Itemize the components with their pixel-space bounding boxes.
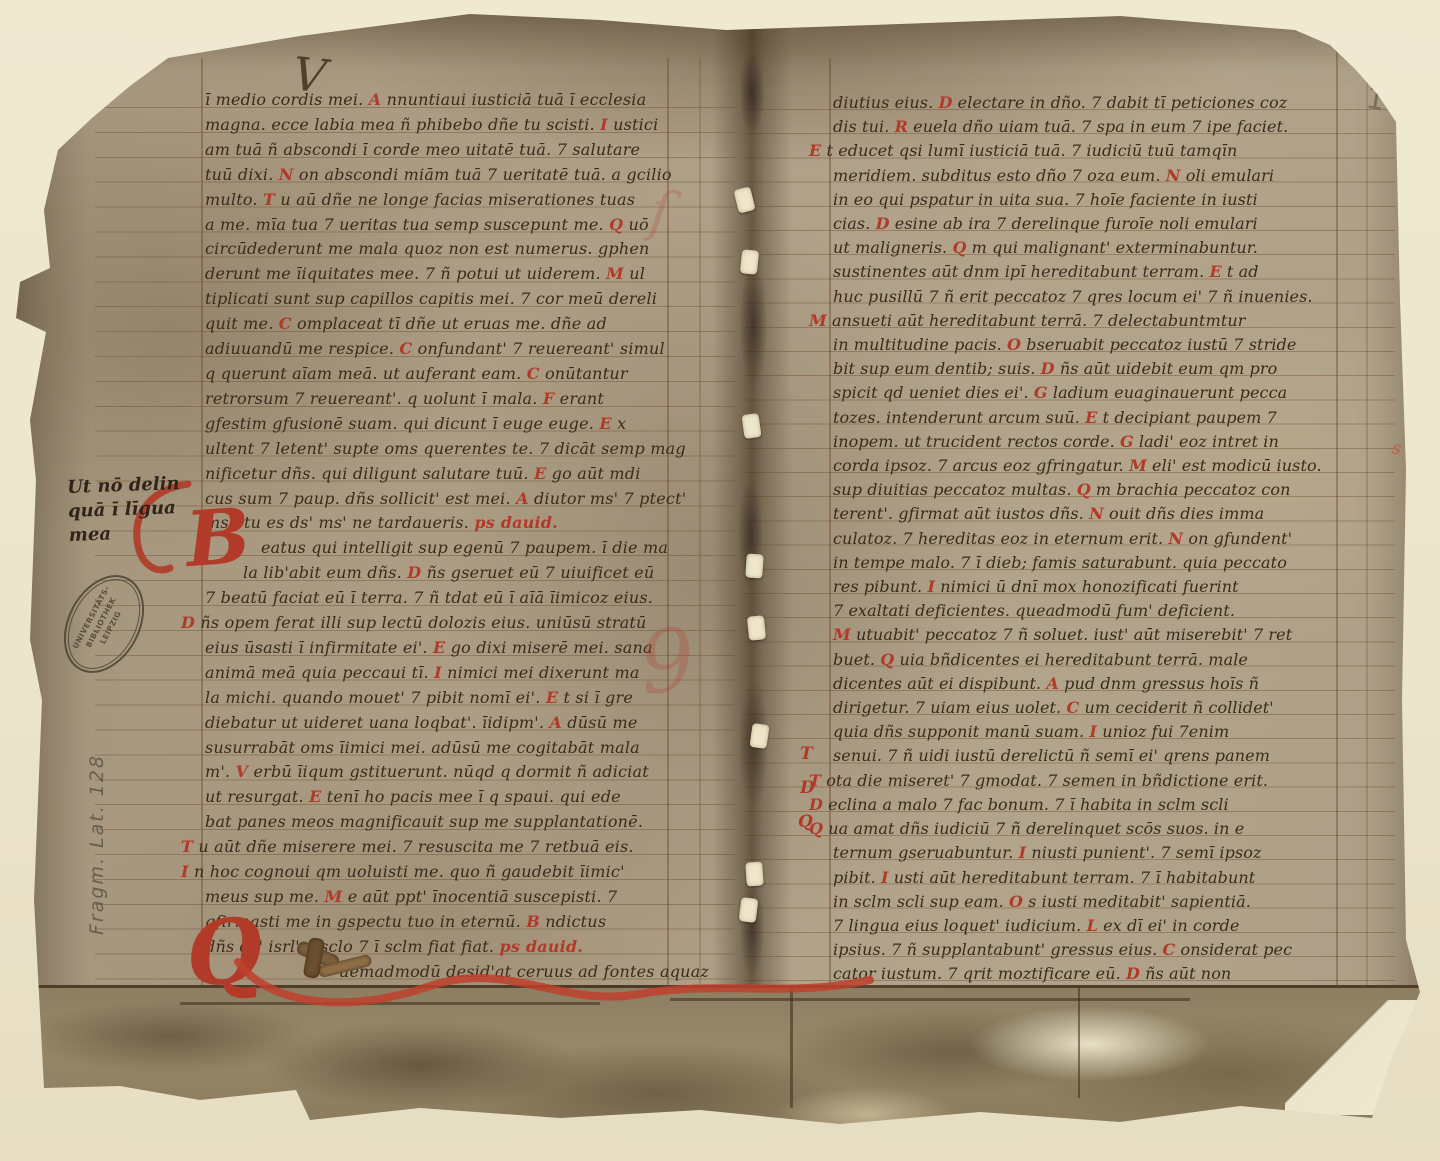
text-line: gfirmasti me in gspectu tuo in eternū. B… [205,910,709,935]
text-line: M utuabit' peccatoz 7 ñ soluet. iust' aū… [833,623,1322,647]
line-text: ouit dñs dies imma [1104,504,1265,523]
line-text: uia bñdicentes ei hereditabunt terrā. ma… [894,650,1248,669]
line-text: adiuuandū me respice. [205,339,399,358]
text-line: tuū dixi. N on abscondi miām tuā 7 uerit… [205,163,709,188]
line-text: 7 beatū faciat eū ī terra. 7 ñ tdat eū ī… [205,588,653,607]
line-text: s iusti meditabit' sapientiā. [1023,892,1251,911]
rubric-initial: C [527,364,540,383]
rubric-initial: N [1166,166,1181,185]
rubric-initial: L [1087,916,1098,935]
rubric-initial: C [279,314,292,333]
text-line: diebatur ut uideret uana loqbat'. īidipm… [205,711,709,736]
line-text: erbū īiqum gstituerunt. nūqd q dormit ñ … [248,762,649,781]
line-text: dūsū me [562,713,637,732]
line-text: omplaceat tī dñe ut eruas me. dñe ad [292,314,607,333]
rubric-initial: A [549,713,562,732]
text-line: ipsius. 7 ñ supplantabunt' gressus eius.… [833,938,1322,962]
line-text: eli' est modicū iusto. [1147,456,1322,475]
line-text: huc pusillū 7 ñ erit peccatoz 7 qres loc… [833,287,1313,306]
line-text: tiplicati sunt sup capillos capitis mei.… [205,289,657,308]
text-line: ī medio cordis mei. A nnuntiaui iusticiā… [205,88,709,113]
text-line: multo. T u aū dñe ne longe facias misera… [205,188,709,213]
text-line: cator iustum. 7 qrit moztificare eū. D ñ… [833,962,1322,986]
rubric-initial: F [543,389,555,408]
margin-gloss-line: mea [68,520,181,548]
rubric-initial: A [516,489,529,508]
text-line: tiplicati sunt sup capillos capitis mei.… [205,287,709,312]
line-text: inopem. ut trucident rectos corde. [833,432,1120,451]
rubric-initial: E [1209,262,1221,281]
rubric-initial: N [1168,529,1183,548]
rubric-initial: M [325,887,343,906]
rubric-initial: B [526,912,540,931]
line-text: animā meā quia peccaui tī. [205,663,434,682]
text-line: la michi. quando mouet' 7 pibit nomī ei'… [205,686,709,711]
line-text: nnuntiaui iusticiā tuā ī ecclesia [381,90,646,109]
sewing-tab [749,723,769,749]
text-line: D ñs opem ferat illi sup lectū dolozis e… [205,611,709,636]
text-line: meus sup me. M e aūt ppt' īnocentiā susc… [205,885,709,910]
text-line: tozes. intenderunt arcum suū. E t decipi… [833,406,1322,430]
line-text: ñs opem ferat illi sup lectū dolozis eiu… [195,613,647,632]
text-line: buet. Q uia bñdicentes ei hereditabunt t… [833,648,1322,672]
rubric-initial: N [1089,504,1104,523]
line-text: oli emulari [1181,166,1275,185]
line-text: ut maligneris. [833,238,952,257]
shelfmark-inscription: Fragm. Lat. 128 [86,754,108,935]
parchment-bifolium: ī medio cordis mei. A nnuntiaui iusticiā… [0,0,1440,1161]
text-line: meridiem. subditus esto dño 7 oza eum. N… [833,164,1322,188]
rubric-initial: Q [952,238,966,257]
text-line: sup diuitias peccatoz multas. Q m brachi… [833,478,1322,502]
right-page-text: diutius eius. D electare in dño. 7 dabit… [833,91,1322,987]
line-text: dirigetur. 7 uiam eius uolet. [833,698,1066,717]
margin-gloss-line: quā ī līgua [68,496,181,524]
rubric-initial: M [833,625,851,644]
rubric-initial: E [599,414,611,433]
line-text: ñs aūt non [1140,964,1231,983]
rubric-initial: Q [880,650,894,669]
rubric-initial: E [309,787,321,806]
line-text: corda ipsoz. 7 arcus eoz gfringatur. [833,456,1129,475]
text-line: ternum gseruabuntur. I niusti punient'. … [833,841,1322,865]
text-line: ut maligneris. Q m qui malignant' exterm… [833,236,1322,260]
text-line: 7 exaltati deficientes. queadmodū fum' d… [833,599,1322,623]
text-line: corda ipsoz. 7 arcus eoz gfringatur. M e… [833,454,1322,478]
text-line: pibit. I usti aūt hereditabunt terram. 7… [833,866,1322,890]
text-line: inopem. ut trucident rectos corde. G lad… [833,430,1322,454]
rubric-initial: I [600,115,608,134]
text-line: in multitudine pacis. O bseruabit peccat… [833,333,1322,357]
line-text: diutor ms' 7 ptect' [529,489,687,508]
text-line: in eo qui pspatur in uita sua. 7 hoīe fa… [833,188,1322,212]
line-text: electare in dño. 7 dabit tī peticiones c… [952,93,1287,112]
text-line: dicentes aūt ei dispibunt. A pud dnm gre… [833,672,1322,696]
text-line: cus sum 7 paup. dñs sollicit' est mei. A… [205,487,709,512]
text-line: huc pusillū 7 ñ erit peccatoz 7 qres loc… [833,285,1322,309]
rubric-initial: Q [609,215,623,234]
ascender-flourish: V [290,46,329,103]
line-text: x [612,414,627,433]
text-line: senui. 7 ñ uidi iustū derelictū ñ semī e… [833,744,1322,768]
line-text: ota die miseret' 7 gmodat. 7 semen in bñ… [821,771,1268,790]
rubric-initial: C [399,339,412,358]
text-line: eius ūsasti ī infirmitate ei'. E go dixi… [205,636,709,661]
text-line: I n hoc cognoui qm uoluisti me. quo ñ ga… [205,860,709,885]
text-line: res pibunt. I nimici ū dnī mox honozific… [833,575,1322,599]
line-text: 7 exaltati deficientes. queadmodū fum' d… [833,601,1235,620]
line-text: retrorsum 7 reuereant'. q uolunt ī mala. [205,389,543,408]
text-line: quia dñs supponit manū suam. I unioz fui… [833,720,1322,744]
line-text: spicit qd ueniet dies ei'. [833,383,1034,402]
line-text: derunt me īiquitates mee. 7 ñ potui ut u… [205,264,606,283]
line-text: tenī ho pacis mee ī q spaui. qui ede [322,787,621,806]
line-text: usti aūt hereditabunt terram. 7 ī habita… [889,868,1256,887]
line-text: eius ūsasti ī infirmitate ei'. [205,638,433,657]
text-line: am tuā ñ abscondi ī corde meo uitatē tuā… [205,138,709,163]
line-text: onsiderat pec [1175,940,1292,959]
text-line: D eclina a malo 7 fac bonum. 7 ī habita … [833,793,1322,817]
line-text: dicentes aūt ei dispibunt. [833,674,1046,693]
text-line: adiuuandū me respice. C onfundant' 7 reu… [205,337,709,362]
text-line: in tempe malo. 7 ī dieb; famis saturabun… [833,551,1322,575]
rubric-initial: R [895,117,908,136]
line-text: in multitudine pacis. [833,335,1007,354]
line-text: t educet qsi lumī iusticiā tuā. 7 iudici… [821,141,1237,160]
line-text: magna. ecce labia mea ñ phibebo dñe tu s… [205,115,600,134]
rubric-initial: I [434,663,442,682]
rubric-initial: D [1126,964,1140,983]
rubric-initial: Q [1077,480,1091,499]
margin-initial-Q: Q [798,806,813,838]
rubric-initial: A [1046,674,1059,693]
line-text: ndictus [540,912,606,931]
sewing-tab [741,413,761,439]
line-text: m'. [205,762,236,781]
text-line: a me. mīa tua 7 ueritas tua semp suscepu… [205,213,709,238]
line-text: t ad [1222,262,1259,281]
line-text: u aū dñe ne longe facias miserationes tu… [275,190,635,209]
line-text: bat panes meos magnificauit sup me suppl… [205,812,643,831]
line-text: multo. [205,190,263,209]
vertical-rule [1336,40,1338,988]
line-text: ī medio cordis mei. [205,90,369,109]
rubric-initial: I [181,862,189,881]
rubric-initial: A [369,90,382,109]
line-text: diebatur ut uideret uana loqbat'. īidipm… [205,713,549,732]
line-text: uō [623,215,649,234]
text-line: ms'. tu es ds' ms' ne tardaueris. ps dau… [205,511,709,536]
line-text: pibit. [833,868,881,887]
line-text: quit me. [205,314,279,333]
text-line: Q ua amat dñs iudiciū 7 ñ derelinquet sc… [833,817,1322,841]
rubric-initial: E [534,464,546,483]
line-text: a me. mīa tua 7 ueritas tua semp suscepu… [205,215,609,234]
text-line: gfestim gfusionē suam. qui dicunt ī euge… [205,412,709,437]
margin-initial-D: D [800,772,815,804]
rubric-initial: ps dauid. [474,513,558,532]
line-text: m qui malignant' exterminabuntur. [966,238,1257,257]
rubric-initial: E [546,688,558,707]
vertical-rule [829,58,831,988]
line-text: cias. [833,214,876,233]
line-text: ua amat dñs iudiciū 7 ñ derelinquet scōs… [823,819,1244,838]
stain-streak [1078,988,1080,1098]
rubric-initial: G [1120,432,1134,451]
text-line: 7 beatū faciat eū ī terra. 7 ñ tdat eū ī… [205,586,709,611]
line-text: tozes. intenderunt arcum suū. [833,408,1085,427]
line-text: terent'. gfirmat aūt iustos dñs. [833,504,1089,523]
left-page-text: ī medio cordis mei. A nnuntiaui iusticiā… [205,88,709,985]
line-text: la lib'abit eum dñs. [243,563,407,582]
photograph-of-manuscript: ī medio cordis mei. A nnuntiaui iusticiā… [0,0,1440,1161]
text-line: T u aūt dñe miserere mei. 7 resuscita me… [205,835,709,860]
text-line: q querunt aīam meā. ut auferant eam. C o… [205,362,709,387]
line-text: buet. [833,650,880,669]
rubric-initial: E [433,638,445,657]
text-line: magna. ecce labia mea ñ phibebo dñe tu s… [205,113,709,138]
text-line: ultent 7 letent' supte oms querentes te.… [205,437,709,462]
text-line: bit sup eum dentib; suis. D ñs aūt uideb… [833,357,1322,381]
line-text: ñs aūt uidebit eum qm pro [1055,359,1278,378]
text-line: bat panes meos magnificauit sup me suppl… [205,810,709,835]
text-line: dirigetur. 7 uiam eius uolet. C um cecid… [833,696,1322,720]
line-text: eclina a malo 7 fac bonum. 7 ī habita in… [823,795,1229,814]
line-text: quia dñs supponit manū suam. [833,722,1089,741]
line-text: in tempe malo. 7 ī dieb; famis saturabun… [833,553,1287,572]
line-text: niusti punient'. 7 semī ipsoz [1026,843,1261,862]
text-line: spicit qd ueniet dies ei'. G ladium euag… [833,381,1322,405]
line-text: ex dī ei' in corde [1098,916,1240,935]
line-text: ultent 7 letent' supte oms querentes te.… [205,439,686,458]
text-line: nificetur dñs. qui diligunt salutare tuū… [205,462,709,487]
margin-gloss: Ut nō delin quā ī līgua mea [67,472,182,548]
line-text: on abscondi miām tuā 7 ueritatē tuā. a g… [294,165,672,184]
text-line: ut resurgat. E tenī ho pacis mee ī q spa… [205,785,709,810]
line-text: ul [624,264,645,283]
margin-initial-T: T [800,738,813,770]
rubric-initial: D [939,93,953,112]
line-text: m brachia peccatoz con [1091,480,1291,499]
line-text: t si ī gre [558,688,633,707]
line-text: n hoc cognoui qm uoluisti me. quo ñ gaud… [189,862,625,881]
rubric-initial: M [606,264,624,283]
line-text: unioz fui 7enim [1097,722,1229,741]
sewing-tab [745,553,764,578]
line-text: in eo qui pspatur in uita sua. 7 hoīe fa… [833,190,1258,209]
line-text: on gfundent' [1183,529,1292,548]
sewing-tab [747,615,766,641]
line-text: ladi' eoz intret in [1134,432,1279,451]
line-text: culatoz. 7 hereditas eoz in eternum erit… [833,529,1168,548]
line-text: u aūt dñe miserere mei. 7 resuscita me 7… [193,837,634,856]
text-line: terent'. gfirmat aūt iustos dñs. N ouit … [833,502,1322,526]
rubric-initial: M [809,311,827,330]
text-line: sustinentes aūt dnm ipī hereditabunt ter… [833,260,1322,284]
rubric-initial: M [1129,456,1147,475]
rubric-initial: I [927,577,935,596]
text-line: retrorsum 7 reuereant'. q uolunt ī mala.… [205,387,709,412]
torn-white-patch [1285,1000,1425,1115]
line-text: t decipiant paupem 7 [1097,408,1276,427]
line-text: senui. 7 ñ uidi iustū derelictū ñ semī e… [833,746,1270,765]
sewing-tab [739,897,759,923]
text-line: cias. D esine ab ira 7 derelinque furoīe… [833,212,1322,236]
line-text: sustinentes aūt dnm ipī hereditabunt ter… [833,262,1209,281]
line-text: dis tui. [833,117,895,136]
text-line: quit me. C omplaceat tī dñe ut eruas me.… [205,312,709,337]
line-text: meridiem. subditus esto dño 7 oza eum. [833,166,1166,185]
text-line: M ansueti aūt hereditabunt terrā. 7 dele… [833,309,1322,333]
text-line: culatoz. 7 hereditas eoz in eternum erit… [833,527,1322,551]
sewing-tab [740,249,759,275]
text-line: 7 lingua eius loquet' iudicium. L ex dī … [833,914,1322,938]
line-text: utuabit' peccatoz 7 ñ soluet. iust' aūt … [851,625,1292,644]
rubric-initial: D [407,563,421,582]
rubric-initial: D [876,214,890,233]
text-line: dis tui. R euela dño uiam tuā. 7 spa in … [833,115,1322,139]
text-line: la lib'abit eum dñs. D ñs gseruet eū 7 u… [205,561,709,586]
line-text: circūdederunt me mala quoz non est numer… [205,239,650,258]
rubric-initial: E [1085,408,1097,427]
line-text: in sclm scli sup eam. [833,892,1009,911]
line-text: ansueti aūt hereditabunt terrā. 7 delect… [827,311,1246,330]
text-line: derunt me īiquitates mee. 7 ñ potui ut u… [205,262,709,287]
line-text: diutius eius. [833,93,939,112]
rubric-initial: C [1162,940,1175,959]
line-text: ladium euaginauerunt pecca [1048,383,1288,402]
line-text: go dixi miserē mei. sana [445,638,652,657]
line-text: pud dnm gressus hoīs ñ [1059,674,1259,693]
line-text: euela dño uiam tuā. 7 spa in eum 7 ipe f… [908,117,1288,136]
line-text: bseruabit peccatoz iustū 7 stride [1021,335,1296,354]
rubric-initial: I [881,868,889,887]
rubric-initial: N [279,165,294,184]
line-text: la michi. quando mouet' 7 pibit nomī ei'… [205,688,546,707]
line-text: gfestim gfusionē suam. qui dicunt ī euge… [205,414,599,433]
line-text: sup diuitias peccatoz multas. [833,480,1077,499]
text-line: circūdederunt me mala quoz non est numer… [205,237,709,262]
line-text: go aūt mdi [546,464,640,483]
line-text: eatus qui intelligit sup egenū 7 paupem.… [261,538,668,557]
line-text: 7 lingua eius loquet' iudicium. [833,916,1087,935]
vertical-rule [1366,40,1368,988]
line-text: nimici mei dixerunt ma [442,663,640,682]
line-text: erant [554,389,604,408]
line-text: um ceciderit ñ collidet' [1079,698,1274,717]
text-line: eatus qui intelligit sup egenū 7 paupem.… [205,536,709,561]
line-text: nimici ū dnī mox honozificati fuerint [935,577,1239,596]
line-text: ustici [608,115,659,134]
line-text: cus sum 7 paup. dñs sollicit' est mei. [205,489,516,508]
rubric-initial: T [181,837,193,856]
line-text: ñs gseruet eū 7 uiuificet eū [421,563,654,582]
line-text: onfundant' 7 reuereant' simul [412,339,665,358]
line-text: e aūt ppt' īnocentiā suscepisti. 7 [342,887,617,906]
rubric-initial: D [181,613,195,632]
rubric-initial: G [1034,383,1048,402]
line-text: tuū dixi. [205,165,279,184]
rubric-initial: O [1007,335,1021,354]
rubric-initial: D [1041,359,1055,378]
line-text: am tuā ñ abscondi ī corde meo uitatē tuā… [205,140,640,159]
sewing-tab [745,861,764,886]
text-line: diutius eius. D electare in dño. 7 dabit… [833,91,1322,115]
rubric-initial: C [1066,698,1079,717]
text-line: susurrabāt oms īimici mei. adūsū me cogi… [205,736,709,761]
line-text: ternum gseruabuntur. [833,843,1019,862]
line-text: esine ab ira 7 derelinque furoīe noli em… [890,214,1258,233]
text-line: in sclm scli sup eam. O s iusti meditabi… [833,890,1322,914]
text-line: T ota die miseret' 7 gmodat. 7 semen in … [833,769,1322,793]
line-text: onūtantur [540,364,628,383]
line-text: nificetur dñs. qui diligunt salutare tuū… [205,464,534,483]
rubric-initial: E [809,141,821,160]
text-line: animā meā quia peccaui tī. I nimici mei … [205,661,709,686]
line-text: res pibunt. [833,577,927,596]
rubric-initial: I [1089,722,1097,741]
rubric-initial: O [1009,892,1023,911]
text-line: m'. V erbū īiqum gstituerunt. nūqd q dor… [205,760,709,785]
line-text: susurrabāt oms īimici mei. adūsū me cogi… [205,738,640,757]
line-text: ut resurgat. [205,787,309,806]
rubric-initial: V [236,762,249,781]
rubric-initial: T [263,190,275,209]
line-text: bit sup eum dentib; suis. [833,359,1041,378]
line-text: q querunt aīam meā. ut auferant eam. [205,364,527,383]
text-line: E t educet qsi lumī iusticiā tuā. 7 iudi… [833,139,1322,163]
